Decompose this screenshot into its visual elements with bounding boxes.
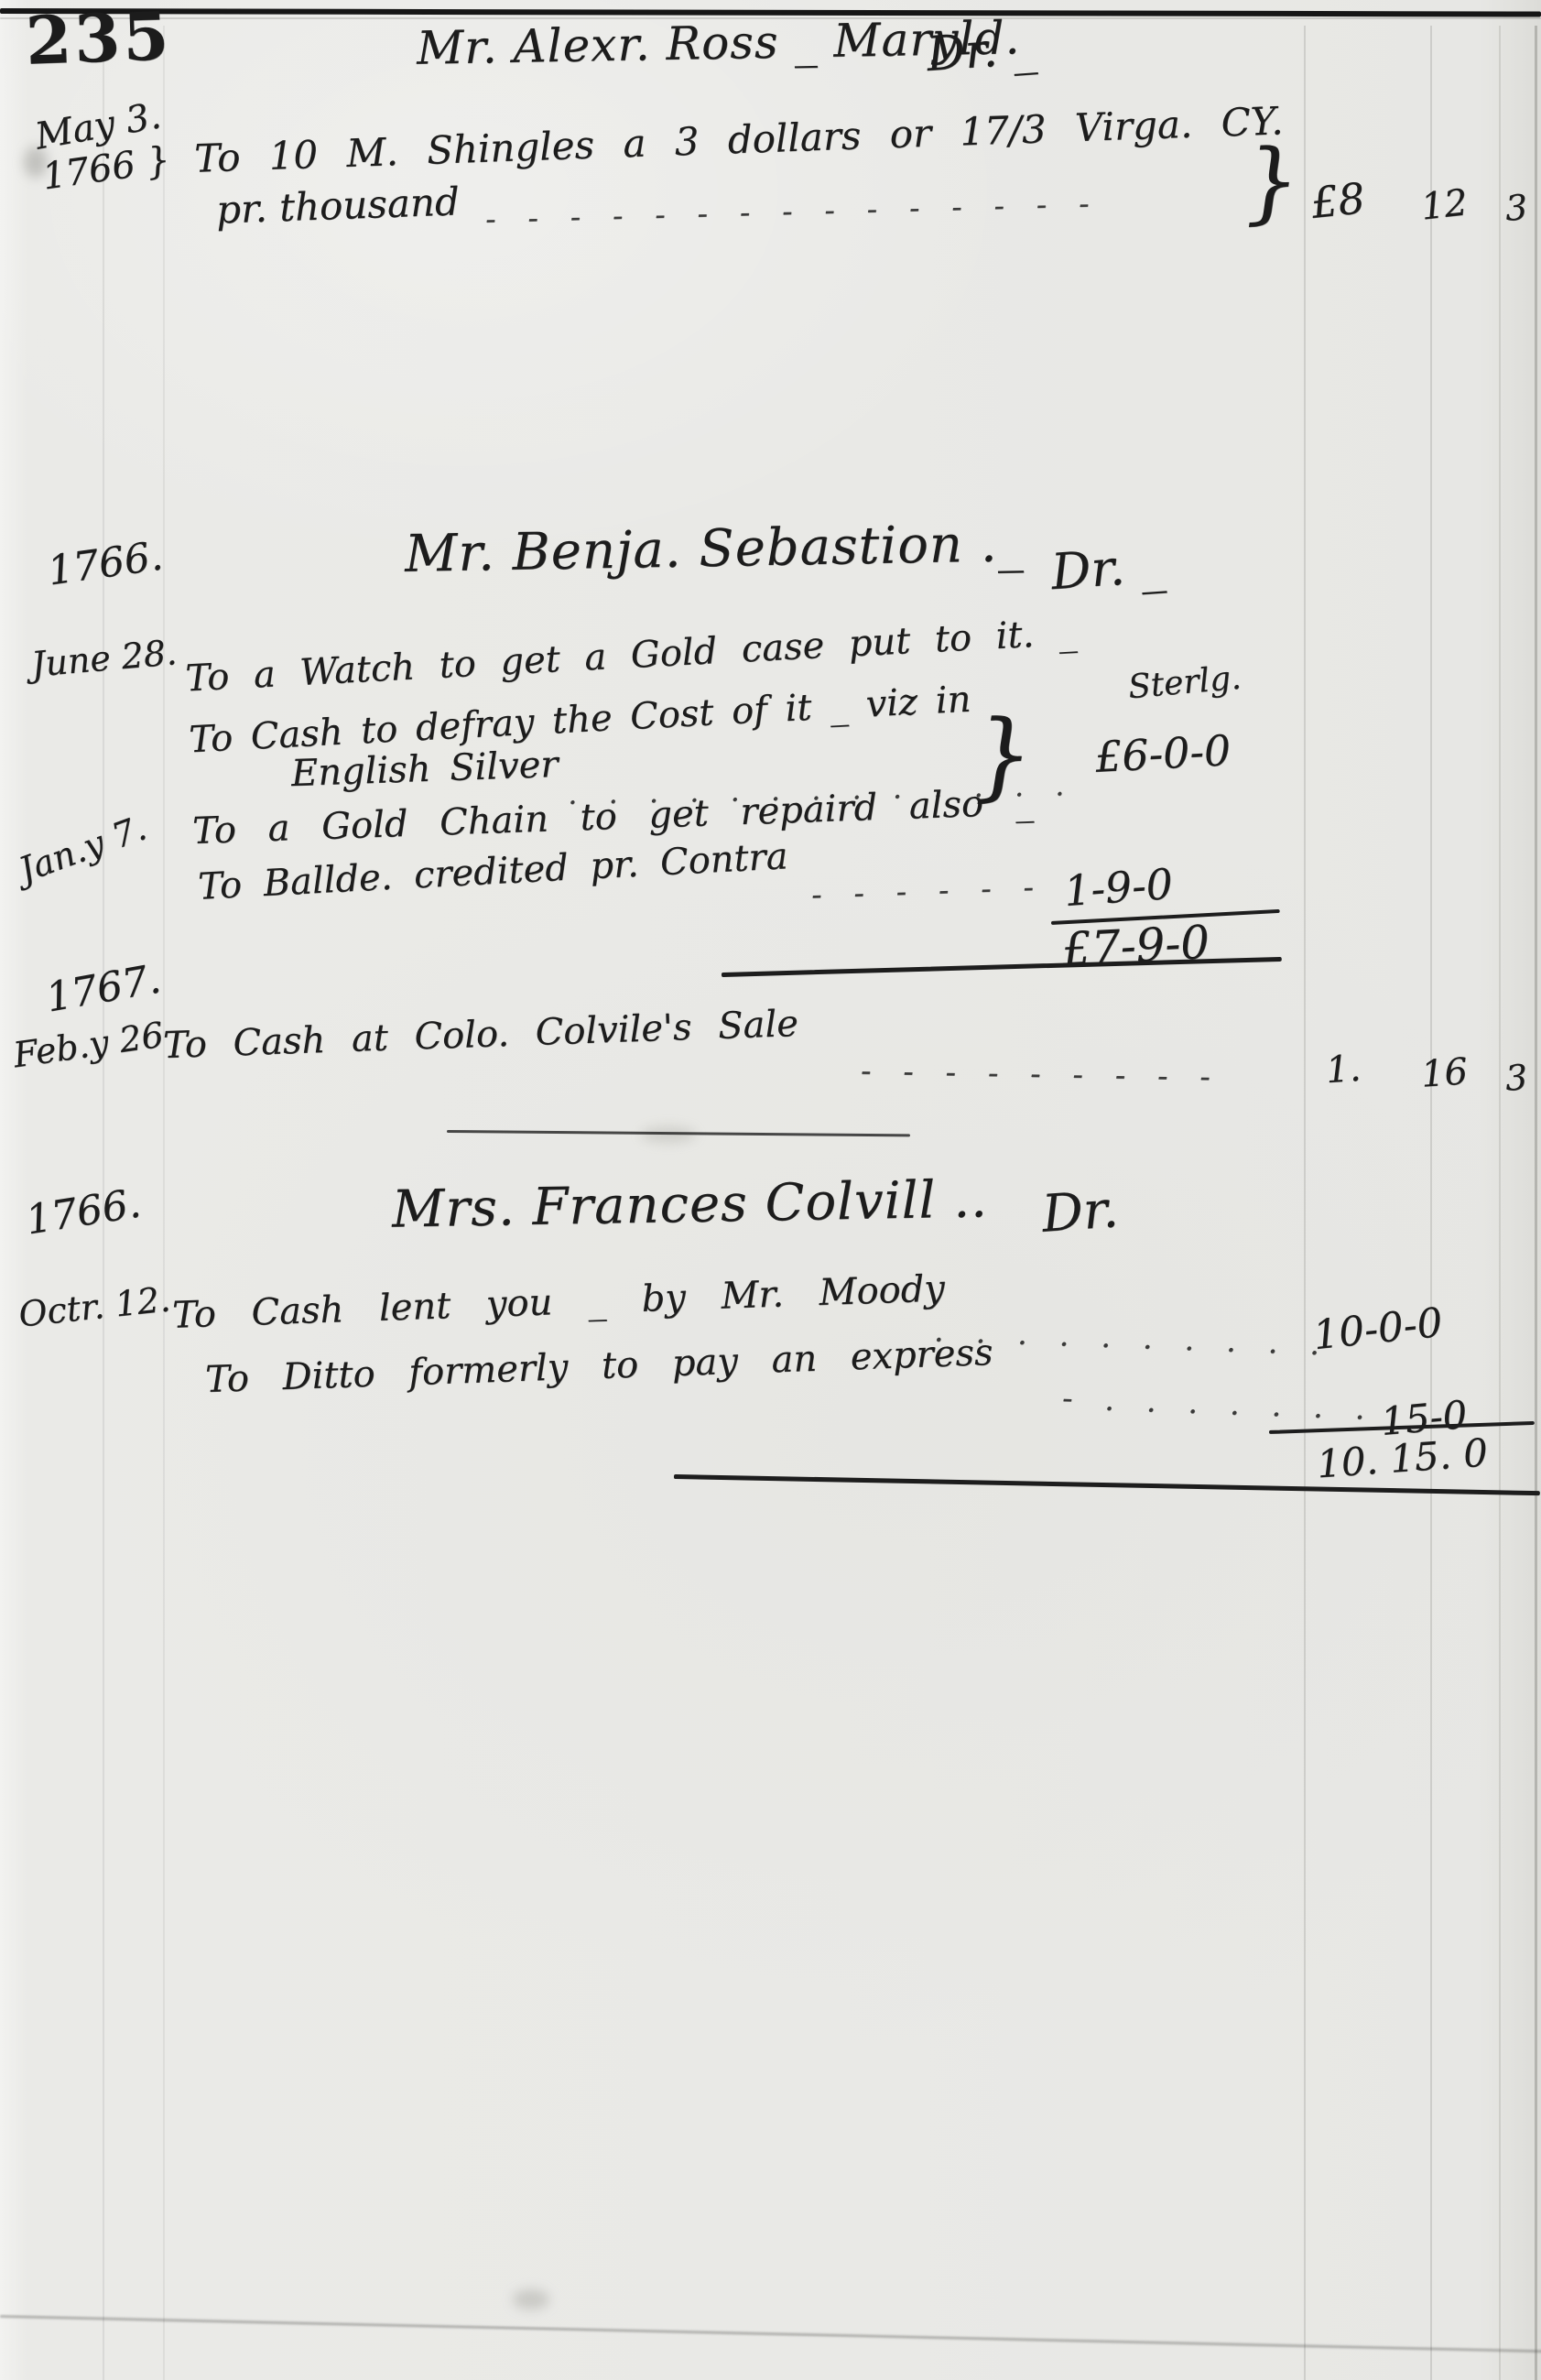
leader-dots: - - - - - - - - - [861, 1056, 1221, 1093]
account-title-sebastion: Mr. Benja. Sebastion ._ [405, 518, 1025, 581]
amount-inline: 1-9-0 [1063, 863, 1175, 912]
debit-abbreviation: Dr. _ [1049, 540, 1167, 598]
amount-pence: 3 [1504, 190, 1529, 226]
money-column-rule-line [1499, 26, 1501, 2380]
margin-rule-line [163, 26, 165, 2380]
leader-dots: - - - - - - [810, 872, 1045, 911]
amount-pence: 3 [1504, 1060, 1529, 1096]
entry-text: pr. thousand [215, 182, 460, 229]
account-title-colvill: Mrs. Frances Colvill .. [392, 1174, 989, 1235]
brace: } [1242, 136, 1302, 226]
page-right-edge [1535, 26, 1537, 2380]
debit-abbreviation: Dr. [1040, 1184, 1120, 1241]
money-column-rule-line [1430, 26, 1432, 2380]
amount-shillings: 16 [1420, 1053, 1470, 1092]
paper-stain [513, 2289, 549, 2309]
amount-shillings: 12 [1419, 184, 1470, 225]
page-number: 235 [25, 3, 173, 74]
debit-abbreviation: Dr. _ [925, 24, 1037, 79]
amount-pounds: 1. [1325, 1050, 1362, 1090]
entry-text: English Silver [290, 746, 559, 792]
money-column-rule-line [1304, 26, 1306, 2380]
amount-pounds: £8 [1309, 177, 1367, 224]
amount-inline: £6-0-0 [1094, 729, 1232, 778]
total-amount: 10. 15. 0 [1316, 1434, 1489, 1484]
